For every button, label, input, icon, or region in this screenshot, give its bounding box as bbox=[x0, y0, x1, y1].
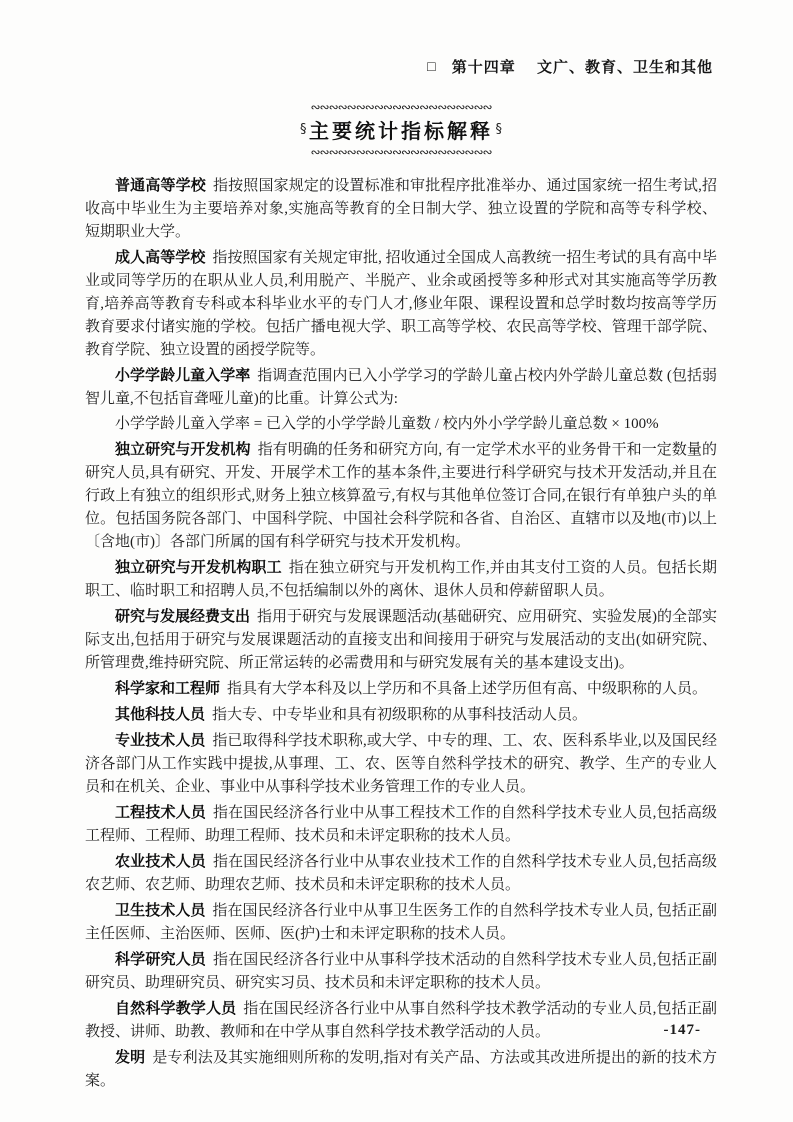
indicator-term: 独立研究与开发机构职工 bbox=[115, 559, 282, 576]
indicator-definition: 普通高等学校指按照国家规定的设置标准和审批程序批准举办、通过国家统一招生考试,招… bbox=[85, 174, 717, 244]
indicator-list: 普通高等学校指按照国家规定的设置标准和审批程序批准举办、通过国家统一招生考试,招… bbox=[85, 174, 717, 1093]
indicator-term: 普通高等学校 bbox=[115, 177, 206, 194]
indicator-term: 科学家和工程师 bbox=[115, 680, 220, 697]
indicator-definition: 小学学龄儿童入学率指调查范围内已入小学学习的学龄儿童占校内外学龄儿童总数 (包括… bbox=[85, 364, 717, 411]
indicator-definition: 自然科学教学人员指在国民经济各行业中从事自然科学技术教学活动的专业人员,包括正副… bbox=[85, 997, 717, 1044]
title-row: § 主要统计指标解释 § bbox=[298, 113, 504, 146]
indicator-term: 成人高等学校 bbox=[115, 249, 205, 266]
ornament-right-icon: § bbox=[496, 122, 503, 137]
indicator-term: 小学学龄儿童入学率 bbox=[115, 367, 250, 384]
indicator-text: 指按照国家有关规定审批, 招收通过全国成人高教统一招生考试的具有高中毕业或同等学… bbox=[85, 250, 717, 358]
indicator-definition: 独立研究与开发机构指有明确的任务和研究方向, 有一定学术水平的业务骨干和一定数量… bbox=[85, 438, 717, 554]
indicator-term: 研究与发展经费支出 bbox=[115, 608, 250, 625]
indicator-definition: 科学家和工程师指具有大学本科及以上学历和不具备上述学历但有高、中级职称的人员。 bbox=[85, 677, 717, 701]
indicator-definition: 农业技术人员指在国民经济各行业中从事农业技术工作的自然科学技术专业人员,包括高级… bbox=[85, 850, 717, 897]
indicator-term: 卫生技术人员 bbox=[115, 902, 205, 919]
indicator-term: 自然科学教学人员 bbox=[115, 1000, 236, 1017]
indicator-text: 是专利法及其实施细则所称的发明,指对有关产品、方法或其改进所提出的新的技术方案。 bbox=[85, 1050, 717, 1089]
indicator-text: 指有明确的任务和研究方向, 有一定学术水平的业务骨干和一定数量的研究人员,具有研… bbox=[85, 442, 717, 550]
indicator-term: 发明 bbox=[115, 1049, 145, 1066]
page-title: 主要统计指标解释 bbox=[309, 115, 493, 144]
indicator-definition: 发明是专利法及其实施细则所称的发明,指对有关产品、方法或其改进所提出的新的技术方… bbox=[85, 1046, 717, 1093]
indicator-term: 其他科技人员 bbox=[115, 706, 205, 723]
chapter-header: □ 第十四章 文广、教育、卫生和其他 bbox=[85, 56, 717, 77]
indicator-definition: 科学研究人员指在国民经济各行业中从事科学技术活动的自然科学技术专业人员,包括正副… bbox=[85, 948, 717, 995]
indicator-term: 农业技术人员 bbox=[115, 853, 206, 870]
ornament-left-icon: § bbox=[300, 122, 307, 137]
indicator-text: 指大专、中专毕业和具有初级职称的从事科技活动人员。 bbox=[212, 707, 587, 723]
indicator-definition: 成人高等学校指按照国家有关规定审批, 招收通过全国成人高教统一招生考试的具有高中… bbox=[85, 246, 717, 362]
indicator-text: 指具有大学本科及以上学历和不具备上述学历但有高、中级职称的人员。 bbox=[227, 681, 707, 697]
indicator-definition: 其他科技人员指大专、中专毕业和具有初级职称的从事科技活动人员。 bbox=[85, 703, 717, 727]
title-box: ∾∾∾∾∾∾∾∾∾∾∾∾∾∾∾∾∾∾∾∾ § 主要统计指标解释 § ∾∾∾∾∾∾… bbox=[298, 101, 504, 158]
ornament-bottom: ∾∾∾∾∾∾∾∾∾∾∾∾∾∾∾∾∾∾∾∾ bbox=[298, 146, 504, 158]
page-number: -147- bbox=[664, 1022, 702, 1039]
chapter-title: 文广、教育、卫生和其他 bbox=[537, 59, 713, 76]
indicator-term: 独立研究与开发机构 bbox=[115, 441, 251, 458]
formula-line: 小学学龄儿童入学率 = 已入学的小学学龄儿童数 / 校内外小学学龄儿童总数 × … bbox=[85, 413, 717, 436]
indicator-definition: 专业技术人员指已取得科学技术职称,或大学、中专的理、工、农、医科系毕业,以及国民… bbox=[85, 729, 717, 799]
indicator-definition: 独立研究与开发机构职工指在独立研究与开发机构工作,并由其支付工资的人员。包括长期… bbox=[85, 556, 717, 603]
chapter-marker-icon: □ bbox=[427, 58, 436, 74]
indicator-definition: 研究与发展经费支出指用于研究与发展课题活动(基础研究、应用研究、实验发展)的全部… bbox=[85, 605, 717, 675]
indicator-definition: 工程技术人员指在国民经济各行业中从事工程技术工作的自然科学技术专业人员,包括高级… bbox=[85, 801, 717, 848]
indicator-term: 工程技术人员 bbox=[115, 804, 206, 821]
indicator-term: 专业技术人员 bbox=[115, 732, 205, 749]
chapter-label: 第十四章 bbox=[452, 59, 516, 76]
indicator-term: 科学研究人员 bbox=[115, 951, 206, 968]
page-content: □ 第十四章 文广、教育、卫生和其他 ∾∾∾∾∾∾∾∾∾∾∾∾∾∾∾∾∾∾∾∾ … bbox=[85, 56, 717, 1095]
indicator-definition: 卫生技术人员指在国民经济各行业中从事卫生医务工作的自然科学技术专业人员, 包括正… bbox=[85, 899, 717, 946]
ornament-top: ∾∾∾∾∾∾∾∾∾∾∾∾∾∾∾∾∾∾∾∾ bbox=[298, 101, 504, 113]
document-page: □ 第十四章 文广、教育、卫生和其他 ∾∾∾∾∾∾∾∾∾∾∾∾∾∾∾∾∾∾∾∾ … bbox=[0, 0, 793, 1122]
